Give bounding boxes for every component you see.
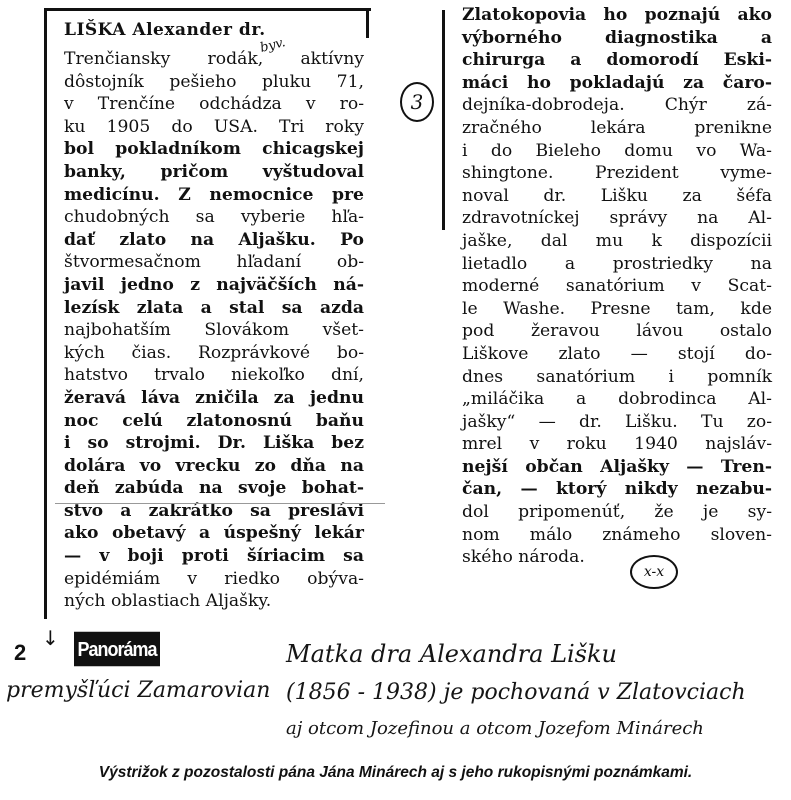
article-headline: LIŠKA Alexander dr. bbox=[64, 20, 364, 40]
text-line: jašky“ — dr. Lišku. Tu zo- bbox=[462, 411, 772, 434]
text-line: banky, pričom vyštudoval bbox=[64, 161, 364, 184]
left-column: LIŠKA Alexander dr. Trenčiansky rodák, a… bbox=[64, 20, 364, 613]
text-line: moderné sanatórium v Scat- bbox=[462, 275, 772, 298]
text-line: i do Bieleho domu vo Wa- bbox=[462, 140, 772, 163]
text-line: — v boji proti šíriacim sa bbox=[64, 545, 364, 568]
handwritten-note-left: premyšľúci Zamarovian bbox=[6, 678, 270, 703]
circled-signature: x-x bbox=[630, 555, 678, 589]
text-line: pod žeravou lávou ostalo bbox=[462, 320, 772, 343]
arrow-down-icon: ↓ bbox=[42, 626, 59, 650]
text-line: deň zabúda na svoje bohat- bbox=[64, 477, 364, 500]
text-line: dnes sanatórium i pomník bbox=[462, 366, 772, 389]
text-line: noval dr. Lišku za šéfa bbox=[462, 185, 772, 208]
text-line: čan, — ktorý nikdy nezabu- bbox=[462, 478, 772, 501]
text-line: dol pripomenúť, že je sy- bbox=[462, 501, 772, 524]
text-line: Liškove zlato — stojí do- bbox=[462, 343, 772, 366]
text-line: epidémiám v riedko obýva- bbox=[64, 568, 364, 591]
text-line: ako obetavý a úspešný lekár bbox=[64, 522, 364, 545]
text-line: Zlatokopovia ho poznajú ako bbox=[462, 4, 772, 27]
text-line: „miláčika a dobrodinca Al- bbox=[462, 388, 772, 411]
text-line: ných oblastiach Aljašky. bbox=[64, 590, 364, 613]
text-line: nejší občan Aljašky — Tren- bbox=[462, 456, 772, 479]
left-column-text: Trenčiansky rodák, aktívnydôstojník peši… bbox=[64, 48, 364, 613]
right-column-text: Zlatokopovia ho poznajú akovýborného dia… bbox=[462, 4, 772, 569]
text-line: kých čias. Rozprávkové bo- bbox=[64, 342, 364, 365]
text-line: mrel v roku 1940 najsláv- bbox=[462, 433, 772, 456]
page-number: 2 bbox=[14, 640, 26, 666]
right-column: Zlatokopovia ho poznajú akovýborného dia… bbox=[462, 4, 772, 569]
text-line: chudobných sa vyberie hľa- bbox=[64, 206, 364, 229]
text-line: dať zlato na Aljašku. Po bbox=[64, 229, 364, 252]
text-line: lezísk zlata a stal sa azda bbox=[64, 297, 364, 320]
text-line: štvormesačnom hľadaní ob- bbox=[64, 251, 364, 274]
text-line: noc celú zlatonosnú baňu bbox=[64, 410, 364, 433]
text-line: dolára vo vrecku zo dňa na bbox=[64, 455, 364, 478]
handwritten-note-line-3: aj otcom Jozefinou a otcom Jozefom Minár… bbox=[286, 718, 704, 739]
text-line: i so strojmi. Dr. Liška bez bbox=[64, 432, 364, 455]
text-line: v Trenčíne odchádza v ro- bbox=[64, 93, 364, 116]
text-line: javil jedno z najväčších ná- bbox=[64, 274, 364, 297]
text-line: dôstojník pešieho pluku 71, bbox=[64, 71, 364, 94]
text-line: ku 1905 do USA. Tri roky bbox=[64, 116, 364, 139]
text-line: le Washe. Presne tam, kde bbox=[462, 298, 772, 321]
circled-number: 3 bbox=[400, 82, 434, 122]
text-line: máci ho pokladajú za čaro- bbox=[462, 72, 772, 95]
text-line: lietadlo a prostriedky na bbox=[462, 253, 772, 276]
text-line: Trenčiansky rodák, aktívny bbox=[64, 48, 364, 71]
text-line: ského národa. bbox=[462, 546, 772, 569]
handwritten-note-line-1: Matka dra Alexandra Lišku bbox=[286, 640, 617, 668]
text-line: hatstvo trvalo niekoľko dní, bbox=[64, 364, 364, 387]
text-line: výborného diagnostika a bbox=[462, 27, 772, 50]
text-line: žeravá láva zničila za jednu bbox=[64, 387, 364, 410]
clipping-frame-tick bbox=[366, 8, 369, 38]
image-caption: Výstrižok z pozostalosti pána Jána Minár… bbox=[0, 764, 791, 782]
handwritten-note-line-2: (1856 - 1938) je pochovaná v Zlatovciach bbox=[286, 680, 746, 705]
text-line: zračného lekára prenikne bbox=[462, 117, 772, 140]
text-line: jaške, dal mu k dispozícii bbox=[462, 230, 772, 253]
column-divider bbox=[442, 10, 445, 230]
panorama-logo: Panoráma bbox=[74, 632, 160, 667]
fold-line bbox=[55, 503, 385, 504]
text-line: chirurga a domorodí Eski- bbox=[462, 49, 772, 72]
text-line: zdravotníckej správy na Al- bbox=[462, 207, 772, 230]
text-line: najbohatším Slovákom všet- bbox=[64, 319, 364, 342]
text-line: bol pokladníkom chicagskej bbox=[64, 138, 364, 161]
text-line: nom málo známeho sloven- bbox=[462, 524, 772, 547]
text-line: medicínu. Z nemocnice pre bbox=[64, 184, 364, 207]
text-line: dejníka-dobrodeja. Chýr zá- bbox=[462, 94, 772, 117]
text-line: shingtone. Prezident vyme- bbox=[462, 162, 772, 185]
